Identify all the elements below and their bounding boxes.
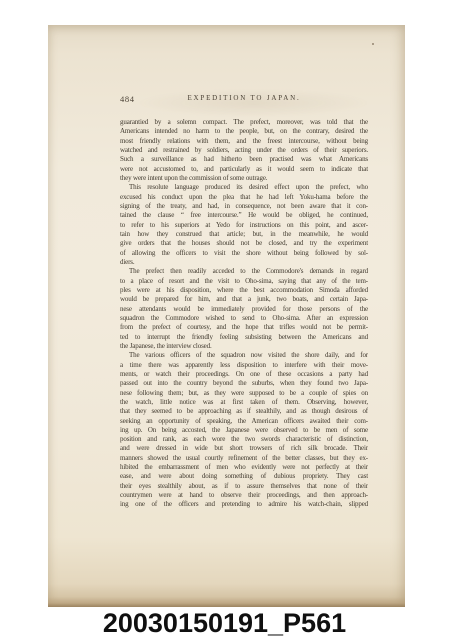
text-line: nese attendants would be immediately pro… (120, 305, 368, 314)
paragraph: guarantied by a solemn compact. The pref… (120, 118, 368, 183)
text-line: guarantied by a solemn compact. The pref… (120, 118, 368, 127)
page-bottom-shadow (48, 597, 405, 607)
text-line: tain how they construed that article; bu… (120, 230, 368, 239)
text-line: ments, or watch their proceedings. On on… (120, 370, 368, 379)
text-line: signing of the treaty, and had, in conse… (120, 202, 368, 211)
text-line: and were dressed in wide but short trows… (120, 444, 368, 453)
text-line: to refer to his superiors at Yedo for in… (120, 221, 368, 230)
paragraph: The various officers of the squadron now… (120, 351, 368, 510)
running-title: EXPEDITION TO JAPAN. (120, 94, 368, 102)
text-line: that they seemed to be approaching as if… (120, 407, 368, 416)
text-line: from the prefect of courtesy, and the ho… (120, 323, 368, 332)
text-line: This resolute language produced its desi… (120, 183, 368, 192)
text-line: position and rank, as each wore the two … (120, 435, 368, 444)
text-line: countrymen were at hand to observe their… (120, 491, 368, 500)
text-line: squadron the Commodore wished to send to… (120, 314, 368, 323)
running-head: 484 EXPEDITION TO JAPAN. (120, 94, 368, 106)
text-line: were not accustomed to, and particularly… (120, 165, 368, 174)
text-line: tained the clause “ free intercourse.” H… (120, 211, 368, 220)
text-line: excused his conduct upon the plea that h… (120, 193, 368, 202)
text-line: ples were at his disposition, where the … (120, 286, 368, 295)
text-line: ing one of the officers and pretending t… (120, 500, 368, 509)
text-line: they were intent upon the commission of … (120, 174, 368, 183)
text-line: of allowing the officers to visit the sh… (120, 249, 368, 258)
archive-id-caption: 20030150191_P561 (0, 608, 449, 638)
page-number: 484 (120, 94, 135, 104)
paragraph: This resolute language produced its desi… (120, 183, 368, 267)
text-line: manners showed the usual courtly refinem… (120, 454, 368, 463)
page-speck (372, 43, 374, 45)
text-line: their eyes stealthily about, as if to as… (120, 482, 368, 491)
text-line: the watch, little notice was at first ta… (120, 398, 368, 407)
text-line: watched and restrained by soldiers, acti… (120, 146, 368, 155)
text-line: The various officers of the squadron now… (120, 351, 368, 360)
paragraph: The prefect then readily acceded to the … (120, 267, 368, 351)
page-body: guarantied by a solemn compact. The pref… (120, 118, 368, 510)
text-line: to a place of resort and the visit to Oh… (120, 277, 368, 286)
text-line: The prefect then readily acceded to the … (120, 267, 368, 276)
book-page: 484 EXPEDITION TO JAPAN. guarantied by a… (48, 25, 405, 607)
text-line: Such a surveillance as had hitherto been… (120, 155, 368, 164)
text-line: the Japanese, the interview closed. (120, 342, 368, 351)
text-line: seeking an opportunity of speaking, the … (120, 417, 368, 426)
photo-canvas: 484 EXPEDITION TO JAPAN. guarantied by a… (0, 0, 449, 640)
text-line: hibited the embarrassment of men who evi… (120, 463, 368, 472)
text-line: nese following them; but, as they were s… (120, 389, 368, 398)
text-line: Americans intended no harm to the people… (120, 127, 368, 136)
text-line: give orders that the houses should not b… (120, 239, 368, 248)
text-line: a time there was apparently less disposi… (120, 361, 368, 370)
text-line: would be prepared for him, and that a ju… (120, 295, 368, 304)
text-line: diers. (120, 258, 368, 267)
text-line: most friendly relations with them, and t… (120, 137, 368, 146)
text-line: ing up. On being accosted, the Japanese … (120, 426, 368, 435)
text-line: ted to interrupt the friendly feeling su… (120, 333, 368, 342)
text-line: ease, and were about doing something of … (120, 472, 368, 481)
text-line: passed out into the country beyond the s… (120, 379, 368, 388)
